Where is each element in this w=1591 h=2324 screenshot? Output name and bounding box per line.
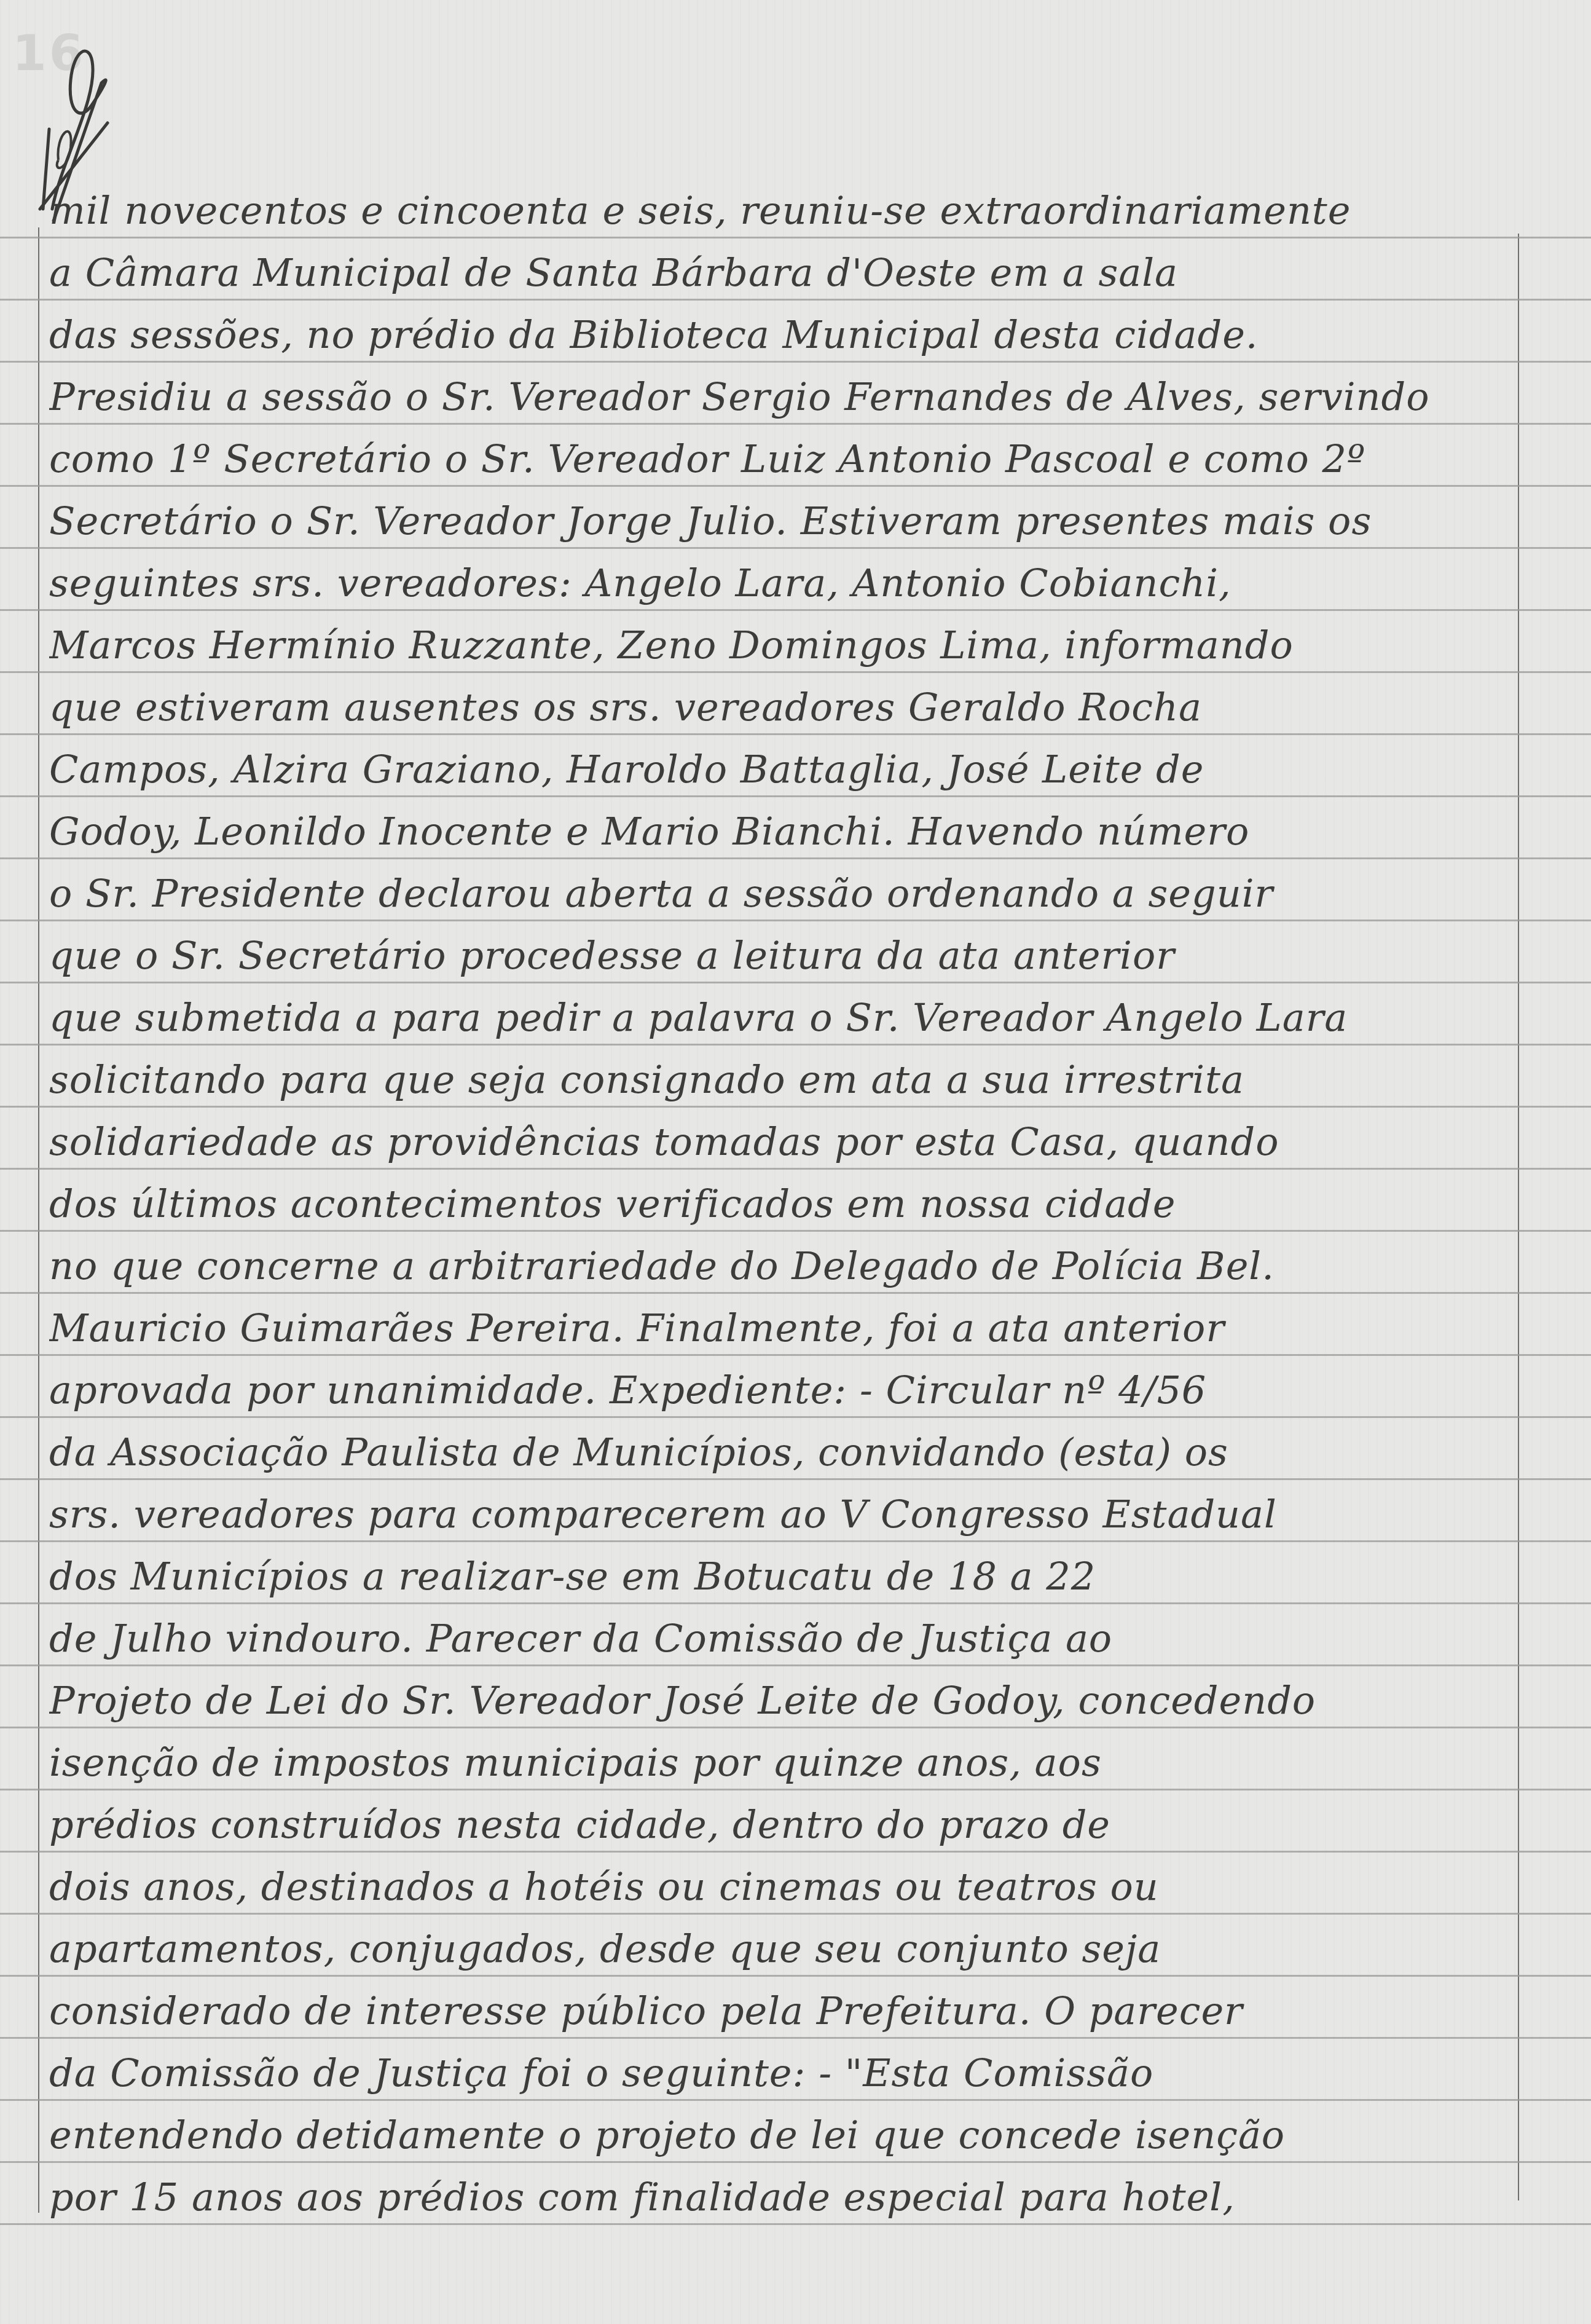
handwritten-line: que o Sr. Secretário procedesse a leitur… xyxy=(49,925,1512,987)
handwritten-line: srs. vereadores para comparecerem ao V C… xyxy=(49,1484,1512,1545)
handwritten-line: de Julho vindouro. Parecer da Comissão d… xyxy=(49,1608,1512,1669)
handwritten-line: o Sr. Presidente declarou aberta a sessã… xyxy=(49,863,1512,924)
handwritten-line: dos últimos acontecimentos verificados e… xyxy=(49,1173,1512,1235)
handwritten-line: Godoy, Leonildo Inocente e Mario Bianchi… xyxy=(49,801,1512,862)
handwritten-line: Projeto de Lei do Sr. Vereador José Leit… xyxy=(49,1670,1512,1731)
handwritten-line: solicitando para que seja consignado em … xyxy=(49,1049,1512,1111)
handwritten-line: no que concerne a arbitrariedade do Dele… xyxy=(49,1235,1512,1297)
handwritten-line: isenção de impostos municipais por quinz… xyxy=(49,1732,1512,1794)
handwritten-line: solidariedade as providências tomadas po… xyxy=(49,1111,1512,1173)
handwritten-line: prédios construídos nesta cidade, dentro… xyxy=(49,1794,1512,1856)
ledger-page: 16 mil novecentos e cincoenta e seis, re… xyxy=(0,0,1591,2324)
handwritten-line: dois anos, destinados a hotéis ou cinema… xyxy=(49,1856,1512,1918)
handwritten-line: que submetida a para pedir a palavra o S… xyxy=(49,987,1512,1049)
handwritten-line: Campos, Alzira Graziano, Haroldo Battagl… xyxy=(49,739,1512,800)
left-margin-rule xyxy=(38,227,39,2213)
handwritten-line: como 1º Secretário o Sr. Vereador Luiz A… xyxy=(49,428,1512,490)
handwritten-line: aprovada por unanimidade. Expediente: - … xyxy=(49,1360,1512,1421)
handwritten-line: Secretário o Sr. Vereador Jorge Julio. E… xyxy=(49,490,1512,552)
handwritten-line: considerado de interesse público pela Pr… xyxy=(49,1980,1512,2042)
handwritten-line: mil novecentos e cincoenta e seis, reuni… xyxy=(49,180,1512,242)
handwritten-line: Marcos Hermínio Ruzzante, Zeno Domingos … xyxy=(49,615,1512,676)
handwritten-line: entendendo detidamente o projeto de lei … xyxy=(49,2105,1512,2166)
handwritten-line: da Associação Paulista de Municípios, co… xyxy=(49,1422,1512,1483)
handwritten-line: Presidiu a sessão o Sr. Vereador Sergio … xyxy=(49,366,1512,428)
handwritten-line: por 15 anos aos prédios com finalidade e… xyxy=(49,2167,1512,2228)
handwritten-line: a Câmara Municipal de Santa Bárbara d'Oe… xyxy=(49,242,1512,304)
right-margin-rule xyxy=(1518,234,1519,2200)
handwritten-line: apartamentos, conjugados, desde que seu … xyxy=(49,1918,1512,1980)
handwritten-line: da Comissão de Justiça foi o seguinte: -… xyxy=(49,2042,1512,2104)
handwritten-line: que estiveram ausentes os srs. vereadore… xyxy=(49,677,1512,738)
handwritten-line: seguintes srs. vereadores: Angelo Lara, … xyxy=(49,553,1512,614)
handwritten-line: das sessões, no prédio da Biblioteca Mun… xyxy=(49,304,1512,366)
handwritten-line: dos Municípios a realizar-se em Botucatu… xyxy=(49,1546,1512,1607)
handwritten-line: Mauricio Guimarães Pereira. Finalmente, … xyxy=(49,1298,1512,1359)
